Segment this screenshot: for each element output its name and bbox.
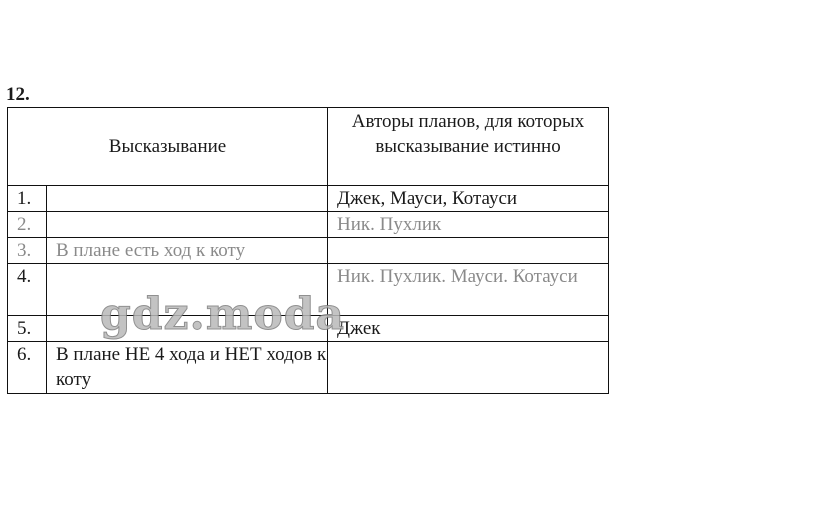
table-row: 2. Ник. Пухлик [8, 212, 609, 238]
row-authors: Ник. Пухлик [328, 212, 609, 238]
row-number: 3. [8, 238, 47, 264]
table-row: 5. Джек [8, 316, 609, 342]
header-authors: Авторы планов, для которых высказывание … [328, 108, 609, 186]
row-number: 5. [8, 316, 47, 342]
row-authors: Джек [328, 316, 609, 342]
table-row: 1. Джек, Мауси, Котауси [8, 186, 609, 212]
table-row: 6. В плане НЕ 4 хода и НЕТ ходов к коту [8, 342, 609, 394]
table-row: 4. Ник. Пухлик. Мауси. Котауси [8, 264, 609, 316]
row-number: 2. [8, 212, 47, 238]
table-header-row: Высказывание Авторы планов, для которых … [8, 108, 609, 186]
header-statement: Высказывание [8, 108, 328, 186]
row-number: 6. [8, 342, 47, 394]
row-authors [328, 342, 609, 394]
task-number: 12. [6, 84, 30, 106]
row-number: 4. [8, 264, 47, 316]
row-statement [47, 186, 328, 212]
row-statement [47, 264, 328, 316]
row-authors: Ник. Пухлик. Мауси. Котауси [328, 264, 609, 316]
row-statement: В плане есть ход к коту [47, 238, 328, 264]
row-statement [47, 316, 328, 342]
row-authors: Джек, Мауси, Котауси [328, 186, 609, 212]
row-authors [328, 238, 609, 264]
table-row: 3. В плане есть ход к коту [8, 238, 609, 264]
row-statement: В плане НЕ 4 хода и НЕТ ходов к коту [47, 342, 328, 394]
row-statement [47, 212, 328, 238]
row-number: 1. [8, 186, 47, 212]
statements-table: Высказывание Авторы планов, для которых … [7, 107, 609, 394]
